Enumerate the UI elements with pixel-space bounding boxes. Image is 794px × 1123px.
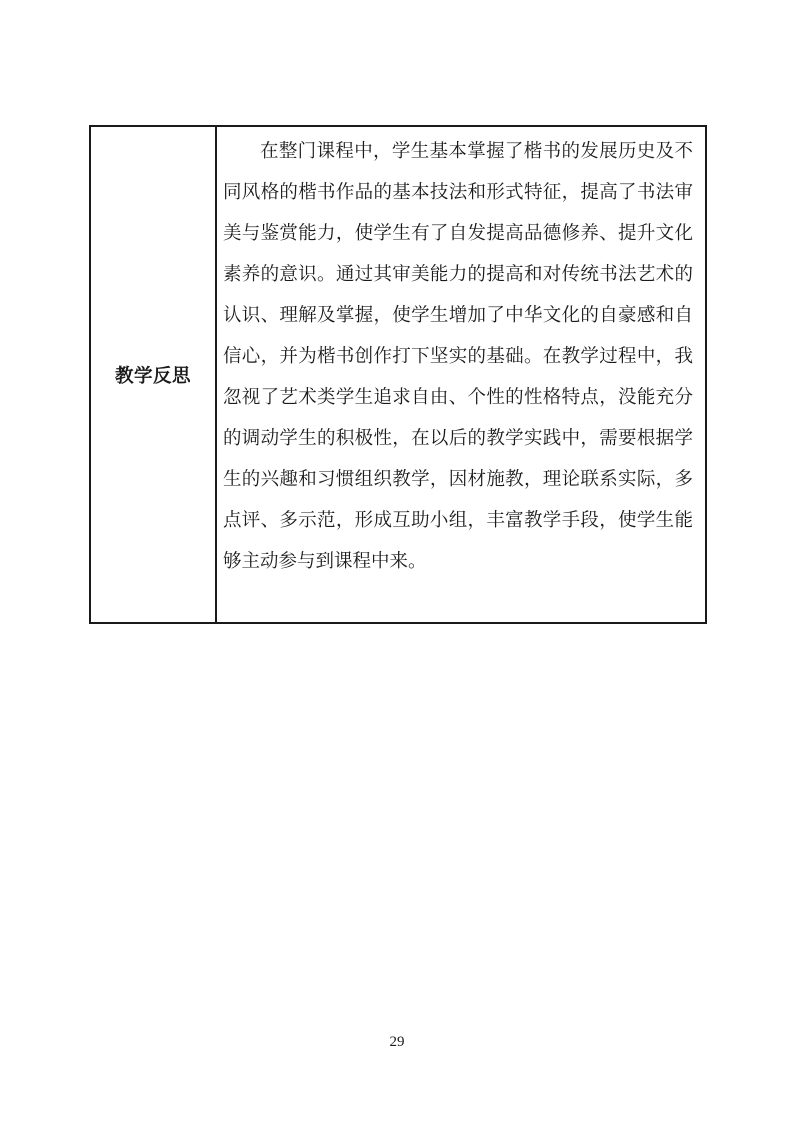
reflection-text-line: 信心，并为楷书创作打下坚实的基础。在教学过程中，我 (223, 337, 693, 378)
reflection-text-line: 的调动学生的积极性，在以后的教学实践中，需要根据学 (223, 419, 693, 460)
reflection-row-label: 教学反思 (115, 362, 191, 388)
reflection-text-line: 美与鉴赏能力，使学生有了自发提高品德修养、提升文化 (223, 214, 693, 255)
reflection-label-cell: 教学反思 (91, 127, 217, 622)
reflection-text-line: 素养的意识。通过其审美能力的提高和对传统书法艺术的 (223, 255, 693, 296)
reflection-table: 教学反思 在整门课程中，学生基本掌握了楷书的发展历史及不 同风格的楷书作品的基本… (89, 125, 707, 624)
reflection-text-line: 同风格的楷书作品的基本技法和形式特征，提高了书法审 (223, 173, 693, 214)
reflection-text-line: 点评、多示范，形成互助小组，丰富教学手段，使学生能 (223, 501, 693, 542)
reflection-text-line: 忽视了艺术类学生追求自由、个性的性格特点，没能充分 (223, 378, 693, 419)
document-page: 教学反思 在整门课程中，学生基本掌握了楷书的发展历史及不 同风格的楷书作品的基本… (0, 0, 794, 1123)
reflection-text-line: 在整门课程中，学生基本掌握了楷书的发展历史及不 (223, 132, 693, 173)
reflection-content-cell: 在整门课程中，学生基本掌握了楷书的发展历史及不 同风格的楷书作品的基本技法和形式… (217, 127, 705, 622)
reflection-text-line: 生的兴趣和习惯组织教学，因材施教，理论联系实际，多 (223, 460, 693, 501)
page-number: 29 (0, 1034, 794, 1051)
reflection-text-line: 认识、理解及掌握，使学生增加了中华文化的自豪感和自 (223, 296, 693, 337)
reflection-text-line: 够主动参与到课程中来。 (223, 542, 693, 583)
